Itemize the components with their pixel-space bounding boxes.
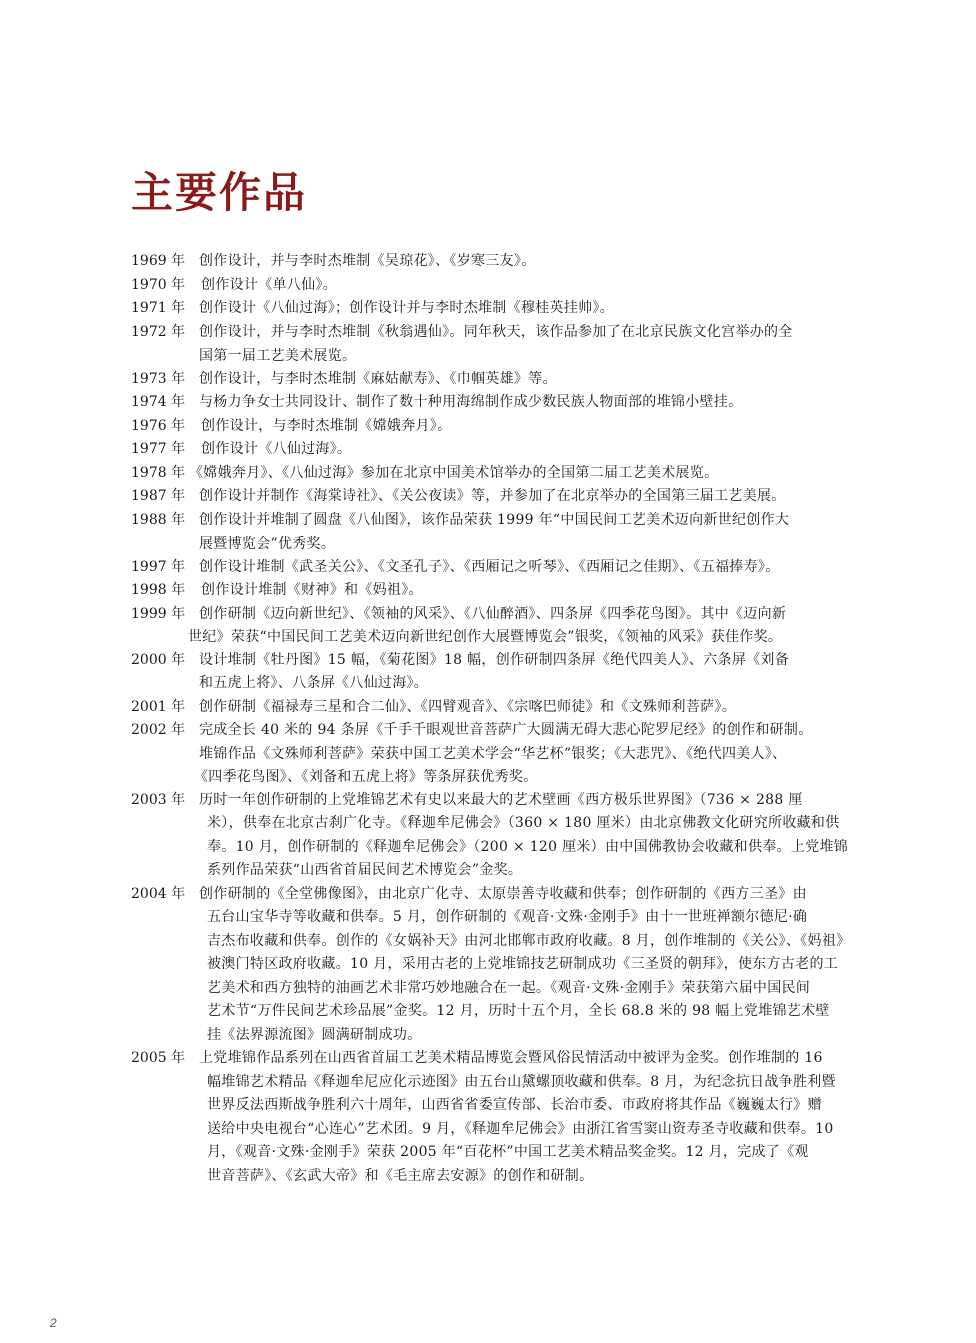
entry-text-line: 与杨力争女士共同设计、制作了数十种用海绵制作成少数民族人物面部的堆锦小壁挂。	[199, 391, 742, 414]
entry-text-line: 创作设计堆制《武圣关公》、《文圣孔子》、《西厢记之听琴》、《西厢记之佳期》、《五…	[199, 556, 780, 579]
entry-text-line: 创作设计，并与李时杰堆制《吴琼花》、《岁寒三友》。	[199, 250, 536, 273]
entry-text-line: 世界反法西斯战争胜利六十周年，山西省省委宣传部、长治市委、市政府将其作品《巍巍太…	[207, 1094, 822, 1117]
entry-text-line: 挂《法界源流图》圆满研制成功。	[207, 1024, 422, 1047]
entry-text-line: 被澳门特区政府收藏。10 月，采用古老的上党堆锦技艺研制成功《三圣贤的朝拜》，使…	[207, 953, 838, 976]
entry-text-line: 创作设计，与李时杰堆制《嫦娥奔月》。	[201, 415, 451, 438]
entry-year: 2004 年	[131, 883, 185, 906]
entry-text-line: 创作设计，与李时杰堆制《麻姑献寿》、《巾帼英雄》等。	[199, 368, 557, 391]
entry-year: 1988 年	[131, 509, 185, 532]
entry-year: 1997 年	[131, 556, 185, 579]
entry-year: 2001 年	[131, 696, 185, 719]
entry-text-line: 艺美术和西方独特的油画艺术非常巧妙地融合在一起。《观音·文殊·金刚手》荣获第六届…	[207, 977, 810, 1000]
page-number: 2	[50, 1316, 57, 1330]
entry-text-line: 米），供奉在北京古刹广化寺。《释迦牟尼佛会》（360 × 180 厘米）由北京佛…	[207, 812, 840, 835]
entry-year: 2000 年	[131, 649, 185, 672]
entry-year: 1971 年	[131, 297, 185, 320]
entry-year: 1999 年	[131, 603, 185, 626]
entry-text-line: 世纪》荣获“中国民间工艺美术迈向新世纪创作大展暨博览会”银奖，《领袖的风采》获佳…	[188, 626, 782, 649]
entry-text-line: 和五虎上将》、八条屏《八仙过海》。	[199, 672, 428, 695]
entry-year: 1974 年	[131, 391, 185, 414]
entry-text-line: 创作设计《单八仙》。	[201, 274, 337, 297]
entry-text-line: 艺术节“万件民间艺术珍品展”金奖。12 月，历时十五个月，全长 68.8 米的 …	[207, 1000, 830, 1023]
entry-year: 1970 年	[131, 274, 185, 297]
entry-text-line: 完成全长 40 米的 94 条屏《千手千眼观世音菩萨广大圆满无碍大悲心陀罗尼经》…	[199, 719, 813, 742]
entry-text-line: 《嫦娥奔月》、《八仙过海》参加在北京中国美术馆举办的全国第二届工艺美术展览。	[189, 462, 718, 485]
entry-text-line: 幅堆锦艺术精品《释迦牟尼应化示迹图》由五台山黛螺顶收藏和供奉。8 月，为纪念抗日…	[207, 1071, 836, 1094]
entry-text-line: 堆锦作品《文殊师利菩萨》荣获中国工艺美术学会“华艺杯”银奖；《大悲咒》、《绝代四…	[199, 743, 787, 766]
entry-text-line: 吉杰布收藏和供奉。创作的《女娲补天》由河北邯郸市政府收藏。8 月，创作堆制的《关…	[207, 930, 850, 953]
entry-year: 1978 年	[131, 462, 185, 485]
entry-year: 1972 年	[131, 321, 185, 344]
page-title: 主要作品	[131, 172, 307, 214]
entry-year: 1973 年	[131, 368, 185, 391]
entry-text-line: 系列作品荣获“山西省首届民间艺术博览会”金奖。	[207, 859, 522, 882]
entry-year: 2005 年	[131, 1047, 185, 1070]
entry-text-line: 创作研制《迈向新世纪》、《领袖的风采》、《八仙醉酒》、四条屏《四季花鸟图》。其中…	[199, 603, 786, 626]
entry-text-line: 创作设计《八仙过海》；创作设计并与李时杰堆制《穆桂英挂帅》。	[199, 297, 614, 320]
entry-text-line: 五台山宝华寺等收藏和供奉。5 月，创作研制的《观音·文殊·金刚手》由十一世班禅额…	[207, 906, 807, 929]
entry-text-line: 历时一年创作研制的上党堆锦艺术有史以来最大的艺术壁画《西方极乐世界图》（736 …	[199, 789, 803, 812]
entry-text-line: 设计堆制《牡丹图》15 幅，《菊花图》18 幅，创作研制四条屏《绝代四美人》、六…	[199, 649, 789, 672]
entry-text-line: 月，《观音·文殊·金刚手》荣获 2005 年“百花杯”中国工艺美术精品奖金奖。1…	[207, 1141, 809, 1164]
entry-year: 1998 年	[131, 579, 185, 602]
entry-year: 1969 年	[131, 250, 185, 273]
entry-text-line: 创作设计堆制《财神》和《妈祖》。	[201, 579, 423, 602]
entry-year: 1987 年	[131, 485, 185, 508]
entry-text-line: 创作研制的《全堂佛像图》，由北京广化寺、太原崇善寺收藏和供奉；创作研制的《西方三…	[199, 883, 807, 906]
entry-text-line: 创作设计《八仙过海》。	[201, 438, 351, 461]
entry-text-line: 创作设计并堆制了圆盘《八仙图》，该作品荣获 1999 年“中国民间工艺美术迈向新…	[199, 509, 789, 532]
entry-year: 1977 年	[131, 438, 185, 461]
entry-year: 1976 年	[131, 415, 185, 438]
entry-text-line: 国第一届工艺美术展览。	[199, 345, 356, 368]
entry-text-line: 送给中央电视台“心连心”艺术团。9 月，《释迦牟尼佛会》由浙江省雪窦山资寿圣寺收…	[207, 1118, 834, 1141]
entry-text-line: 世音菩萨》、《玄武大帝》和《毛主席去安源》的创作和研制。	[207, 1165, 593, 1188]
entry-text-line: 创作设计，并与李时杰堆制《秋翁遇仙》。同年秋天，该作品参加了在北京民族文化宫举办…	[199, 321, 793, 344]
entry-text-line: 展暨博览会”优秀奖。	[199, 533, 335, 556]
entry-year: 2002 年	[131, 719, 185, 742]
entry-text-line: 上党堆锦作品系列在山西省首届工艺美术精品博览会暨风俗民情活动中被评为金奖。创作堆…	[199, 1047, 823, 1070]
entry-text-line: 创作设计并制作《海棠诗社》、《关公夜读》等，并参加了在北京举办的全国第三届工艺美…	[199, 485, 786, 508]
entry-text-line: 奉。10 月，创作研制的《释迦牟尼佛会》（200 × 120 厘米）由中国佛教协…	[207, 836, 848, 859]
entry-text-line: 《四季花鸟图》、《刘备和五虎上将》等条屏获优秀奖。	[194, 766, 538, 789]
entry-text-line: 创作研制《福禄寿三星和合二仙》、《四臂观音》、《宗喀巴师徒》和《文殊师利菩萨》。	[199, 696, 736, 719]
entry-year: 2003 年	[131, 789, 185, 812]
